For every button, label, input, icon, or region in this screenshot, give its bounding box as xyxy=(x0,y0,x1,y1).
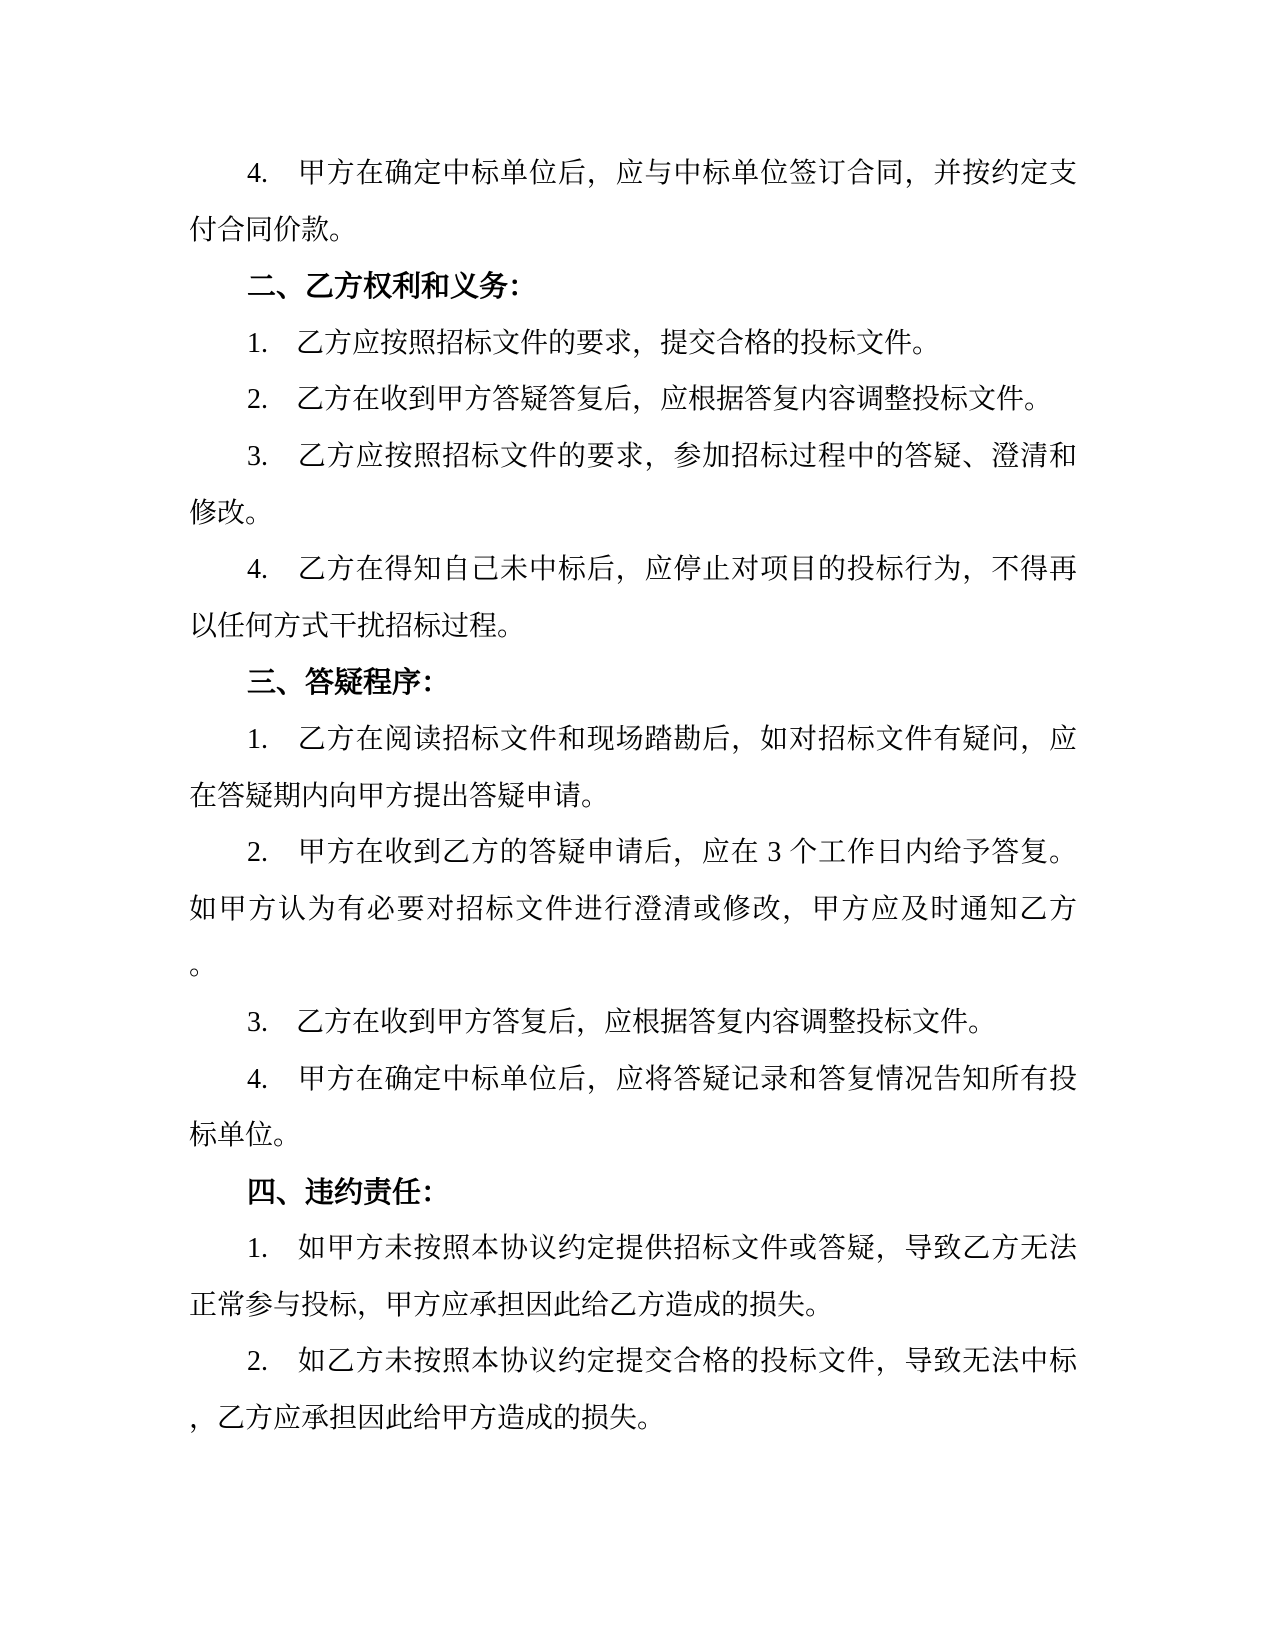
paragraph-line: 4. 甲方在确定中标单位后，应将答疑记录和答复情况告知所有投 xyxy=(189,1052,1077,1109)
paragraph-line: 在答疑期内向甲方提出答疑申请。 xyxy=(189,769,1077,826)
paragraph-line: 2. 如乙方未按照本协议约定提交合格的投标文件，导致无法中标 xyxy=(189,1334,1077,1391)
heading-line: 四、违约责任： xyxy=(189,1165,1077,1222)
paragraph-line: 修改。 xyxy=(189,486,1077,543)
contract-paragraph: 2. 乙方在收到甲方答疑答复后，应根据答复内容调整投标文件。 xyxy=(189,372,1077,429)
contract-paragraph: 2. 甲方在收到乙方的答疑申请后，应在 3 个工作日内给予答复。 如甲方认为有必… xyxy=(189,825,1077,995)
contract-text-block: 4. 甲方在确定中标单位后，应与中标单位签订合同，并按约定支 付合同价款。 二、… xyxy=(189,146,1077,1448)
contract-paragraph: 4. 甲方在确定中标单位后，应与中标单位签订合同，并按约定支 付合同价款。 xyxy=(189,146,1077,259)
contract-paragraph: 1. 乙方应按照招标文件的要求，提交合格的投标文件。 xyxy=(189,316,1077,373)
contract-paragraph: 2. 如乙方未按照本协议约定提交合格的投标文件，导致无法中标 ，乙方应承担因此给… xyxy=(189,1334,1077,1447)
contract-paragraph: 3. 乙方应按照招标文件的要求，参加招标过程中的答疑、澄清和 修改。 xyxy=(189,429,1077,542)
paragraph-line: 2. 乙方在收到甲方答疑答复后，应根据答复内容调整投标文件。 xyxy=(189,372,1077,429)
contract-paragraph: 3. 乙方在收到甲方答复后，应根据答复内容调整投标文件。 xyxy=(189,995,1077,1052)
paragraph-line: 。 xyxy=(189,938,1077,995)
paragraph-line: 1. 如甲方未按照本协议约定提供招标文件或答疑，导致乙方无法 xyxy=(189,1221,1077,1278)
paragraph-line: 3. 乙方在收到甲方答复后，应根据答复内容调整投标文件。 xyxy=(189,995,1077,1052)
heading-line: 三、答疑程序： xyxy=(189,655,1077,712)
paragraph-line: 正常参与投标，甲方应承担因此给乙方造成的损失。 xyxy=(189,1278,1077,1335)
paragraph-line: 1. 乙方应按照招标文件的要求，提交合格的投标文件。 xyxy=(189,316,1077,373)
paragraph-line: 4. 乙方在得知自己未中标后，应停止对项目的投标行为，不得再 xyxy=(189,542,1077,599)
paragraph-line: 4. 甲方在确定中标单位后，应与中标单位签订合同，并按约定支 xyxy=(189,146,1077,203)
section-heading-qa-procedure: 三、答疑程序： xyxy=(189,655,1077,712)
paragraph-line: 付合同价款。 xyxy=(189,203,1077,260)
paragraph-line: ，乙方应承担因此给甲方造成的损失。 xyxy=(189,1391,1077,1448)
heading-line: 二、乙方权利和义务： xyxy=(189,259,1077,316)
paragraph-line: 1. 乙方在阅读招标文件和现场踏勘后，如对招标文件有疑问，应 xyxy=(189,712,1077,769)
section-heading-breach-liability: 四、违约责任： xyxy=(189,1165,1077,1222)
paragraph-line: 标单位。 xyxy=(189,1108,1077,1165)
paragraph-line: 2. 甲方在收到乙方的答疑申请后，应在 3 个工作日内给予答复。 xyxy=(189,825,1077,882)
contract-paragraph: 4. 甲方在确定中标单位后，应将答疑记录和答复情况告知所有投 标单位。 xyxy=(189,1052,1077,1165)
paragraph-line: 如甲方认为有必要对招标文件进行澄清或修改，甲方应及时通知乙方 xyxy=(189,882,1077,939)
document-page: 4. 甲方在确定中标单位后，应与中标单位签订合同，并按约定支 付合同价款。 二、… xyxy=(0,0,1275,1650)
section-heading-party-b-rights: 二、乙方权利和义务： xyxy=(189,259,1077,316)
contract-paragraph: 1. 乙方在阅读招标文件和现场踏勘后，如对招标文件有疑问，应 在答疑期内向甲方提… xyxy=(189,712,1077,825)
contract-paragraph: 4. 乙方在得知自己未中标后，应停止对项目的投标行为，不得再 以任何方式干扰招标… xyxy=(189,542,1077,655)
paragraph-line: 以任何方式干扰招标过程。 xyxy=(189,599,1077,656)
contract-paragraph: 1. 如甲方未按照本协议约定提供招标文件或答疑，导致乙方无法 正常参与投标，甲方… xyxy=(189,1221,1077,1334)
paragraph-line: 3. 乙方应按照招标文件的要求，参加招标过程中的答疑、澄清和 xyxy=(189,429,1077,486)
